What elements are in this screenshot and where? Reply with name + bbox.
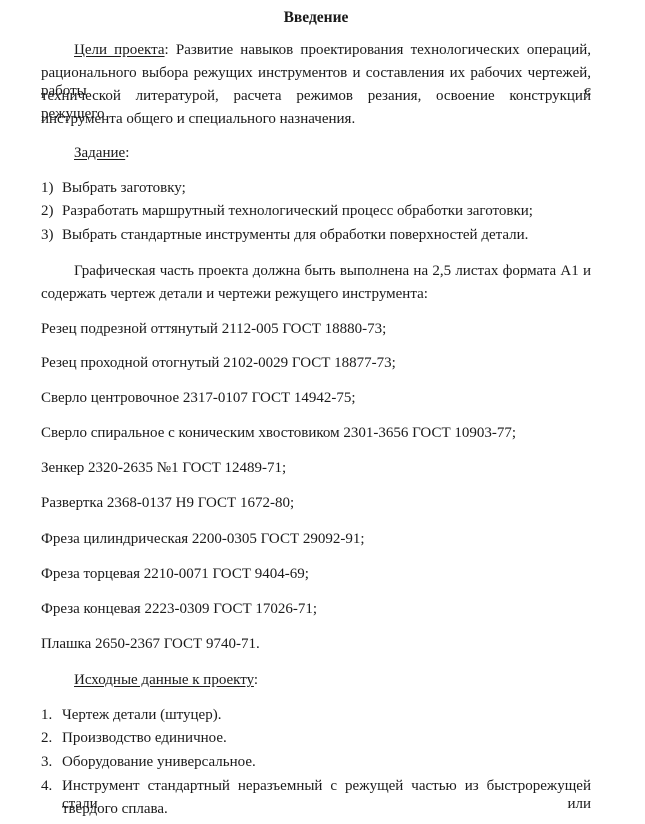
source-data-item: 2.Производство единичное.: [41, 729, 591, 747]
task-item-number: 3): [41, 226, 62, 244]
source-data-item-text: Чертеж детали (штуцер).: [62, 707, 221, 723]
source-data-item-number: 2.: [41, 729, 62, 747]
task-label-suffix: :: [125, 145, 129, 161]
tool-item: Сверло спиральное с коническим хвостовик…: [41, 424, 591, 442]
tool-item: Фреза цилиндрическая 2200-0305 ГОСТ 2909…: [41, 530, 591, 548]
task-item-text: Выбрать стандартные инструменты для обра…: [62, 227, 528, 243]
graphics-line-2: содержать чертеж детали и чертежи режуще…: [41, 285, 591, 303]
source-data-label: Исходные данные к проекту: [74, 672, 254, 688]
source-data-item-text: Оборудование универсальное.: [62, 754, 256, 770]
source-data-item: 1.Чертеж детали (штуцер).: [41, 706, 591, 724]
page-title: Введение: [41, 9, 591, 27]
source-data-item-number: 1.: [41, 706, 62, 724]
task-item: 3)Выбрать стандартные инструменты для об…: [41, 226, 591, 244]
task-heading: Задание:: [41, 144, 591, 162]
source-data-label-suffix: :: [254, 672, 258, 688]
tool-item: Сверло центровочное 2317-0107 ГОСТ 14942…: [41, 389, 591, 407]
tool-item: Развертка 2368-0137 Н9 ГОСТ 1672-80;: [41, 494, 591, 512]
source-data-heading: Исходные данные к проекту:: [41, 671, 591, 689]
tool-item: Резец подрезной оттянутый 2112-005 ГОСТ …: [41, 320, 591, 338]
task-item-text: Разработать маршрутный технологический п…: [62, 203, 533, 219]
task-label: Задание: [74, 145, 125, 161]
source-data-item-text: Производство единичное.: [62, 730, 227, 746]
tool-item: Фреза концевая 2223-0309 ГОСТ 17026-71;: [41, 600, 591, 618]
source-data-item: 3.Оборудование универсальное.: [41, 753, 591, 771]
task-item: 1)Выбрать заготовку;: [41, 179, 591, 197]
graphics-line-1: Графическая часть проекта должна быть вы…: [41, 262, 591, 280]
task-item-number: 1): [41, 179, 62, 197]
task-item-number: 2): [41, 202, 62, 220]
task-item: 2)Разработать маршрутный технологический…: [41, 202, 591, 220]
goals-label: Цели проекта: [74, 42, 165, 58]
source-data-item-continuation: твердого сплава.: [41, 800, 591, 818]
goals-text-1: : Развитие навыков проектирования технол…: [165, 42, 591, 58]
task-item-text: Выбрать заготовку;: [62, 180, 186, 196]
tool-item: Резец проходной отогнутый 2102-0029 ГОСТ…: [41, 354, 591, 372]
tool-item: Плашка 2650-2367 ГОСТ 9740-71.: [41, 635, 591, 653]
goals-line-1: Цели проекта: Развитие навыков проектиро…: [41, 41, 591, 59]
tool-item: Зенкер 2320-2635 №1 ГОСТ 12489-71;: [41, 459, 591, 477]
source-data-item-number: 3.: [41, 753, 62, 771]
goals-line-4: инструмента общего и специального назнач…: [41, 110, 591, 128]
tool-item: Фреза торцевая 2210-0071 ГОСТ 9404-69;: [41, 565, 591, 583]
